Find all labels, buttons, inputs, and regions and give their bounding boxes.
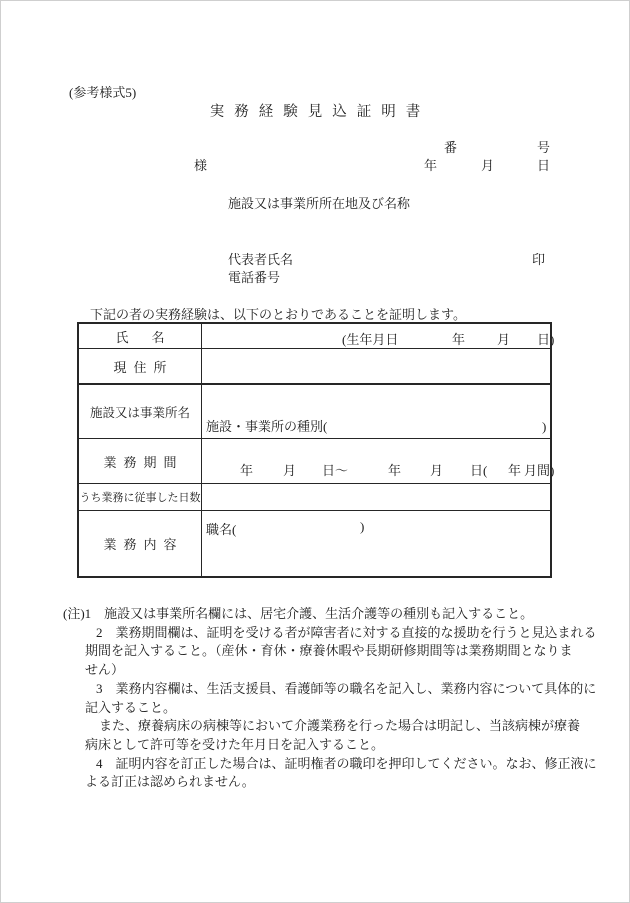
phone-number-label: 電話番号: [228, 267, 280, 286]
address-row-value: [202, 349, 550, 383]
note-line-4: せん）: [0, 661, 630, 680]
note-line-5: 3 業務内容欄は、生活支援員、看護師等の職名を記入し、業務内容について具体的に: [0, 680, 630, 699]
note-line-7: また、療養病床の病棟等において介護業務を行った場合は明記し、当該病棟が療養: [0, 717, 630, 736]
date-day-label: 日: [537, 155, 550, 174]
doc-number-label: 番: [444, 137, 457, 156]
period-row-value: 年 月 日～ 年 月 日( 年 月間): [202, 439, 550, 483]
birthdate-year-label: 年: [452, 329, 465, 348]
birthdate-month-label: 月: [497, 329, 510, 348]
note-line-10: よる訂正は認められません。: [0, 773, 630, 792]
date-year-label: 年: [424, 155, 437, 174]
address-row-label: 現住所: [79, 349, 202, 383]
facility-row-label: 施設又は事業所名: [79, 385, 202, 438]
note-line-1: (注)1 施設又は事業所名欄には、居宅介護、生活介護等の種別も記入すること。: [0, 605, 630, 624]
doc-number-unit: 号: [537, 137, 550, 156]
table-row-workdays: うち業務に従事した日数: [79, 484, 550, 511]
period-total-years-label: 年: [508, 460, 521, 479]
representative-name-label: 代表者氏名: [228, 249, 293, 268]
form-reference-label: (参考様式5): [69, 82, 136, 101]
note-line-8: 病床として許可等を受けた年月日を記入すること。: [0, 736, 630, 755]
period-start-year-label: 年: [240, 460, 253, 479]
birthdate-open-label: (生年月日: [342, 329, 398, 348]
name-row-value: (生年月日 年 月 日): [202, 324, 550, 348]
table-row-period: 業務期間 年 月 日～ 年 月 日( 年 月間): [79, 439, 550, 484]
experience-table: 氏名 (生年月日 年 月 日) 現住所 施設又は事業所名 施設・事業所の種別( …: [77, 322, 552, 578]
period-end-month-label: 月: [430, 460, 443, 479]
certificate-form-page: (参考様式5) 実務経験見込証明書 番 号 様 年 月 日 施設又は事業所所在地…: [0, 0, 630, 903]
period-row-label: 業務期間: [79, 439, 202, 483]
period-end-year-label: 年: [388, 460, 401, 479]
facility-address-label: 施設又は事業所所在地及び名称: [228, 193, 410, 212]
facility-type-open-label: 施設・事業所の種別(: [206, 416, 327, 435]
table-row-address: 現住所: [79, 349, 550, 385]
date-month-label: 月: [481, 155, 494, 174]
content-row-label: 業務内容: [79, 511, 202, 576]
period-start-month-label: 月: [283, 460, 296, 479]
period-start-day-label: 日～: [322, 460, 348, 479]
addressee-honorific: 様: [194, 155, 207, 174]
birthdate-day-close-label: 日): [537, 329, 554, 348]
table-row-name: 氏名 (生年月日 年 月 日): [79, 324, 550, 349]
note-line-3: 期間を記入すること。（産休・育休・療養休暇や長期研修期間等は業務期間となりま: [0, 642, 630, 661]
table-row-facility: 施設又は事業所名 施設・事業所の種別( ): [79, 385, 550, 439]
document-title: 実務経験見込証明書: [0, 100, 630, 121]
period-end-day-label: 日(: [470, 460, 487, 479]
facility-type-close-paren: ): [542, 419, 546, 435]
workdays-row-value: [202, 484, 550, 510]
content-row-value: 職名( ): [202, 511, 550, 576]
note-line-2: 2 業務期間欄は、証明を受ける者が障害者に対する直接的な援助を行うと見込まれる: [0, 624, 630, 643]
name-row-label: 氏名: [79, 324, 202, 348]
workdays-row-label: うち業務に従事した日数: [79, 484, 202, 510]
jobtitle-close-paren: ): [360, 519, 364, 535]
facility-row-value: 施設・事業所の種別( ): [202, 385, 550, 438]
certification-statement: 下記の者の実務経験は、以下のとおりであることを証明します。: [90, 304, 466, 323]
note-line-6: 記入すること。: [0, 699, 630, 718]
notes-section: (注)1 施設又は事業所名欄には、居宅介護、生活介護等の種別も記入すること。 2…: [0, 605, 630, 792]
jobtitle-open-label: 職名(: [206, 519, 236, 538]
seal-mark: 印: [532, 249, 545, 268]
table-row-content: 業務内容 職名( ): [79, 511, 550, 576]
note-line-9: 4 証明内容を訂正した場合は、証明権者の職印を押印してください。なお、修正液に: [0, 755, 630, 774]
period-total-months-label: 月間): [524, 460, 554, 479]
